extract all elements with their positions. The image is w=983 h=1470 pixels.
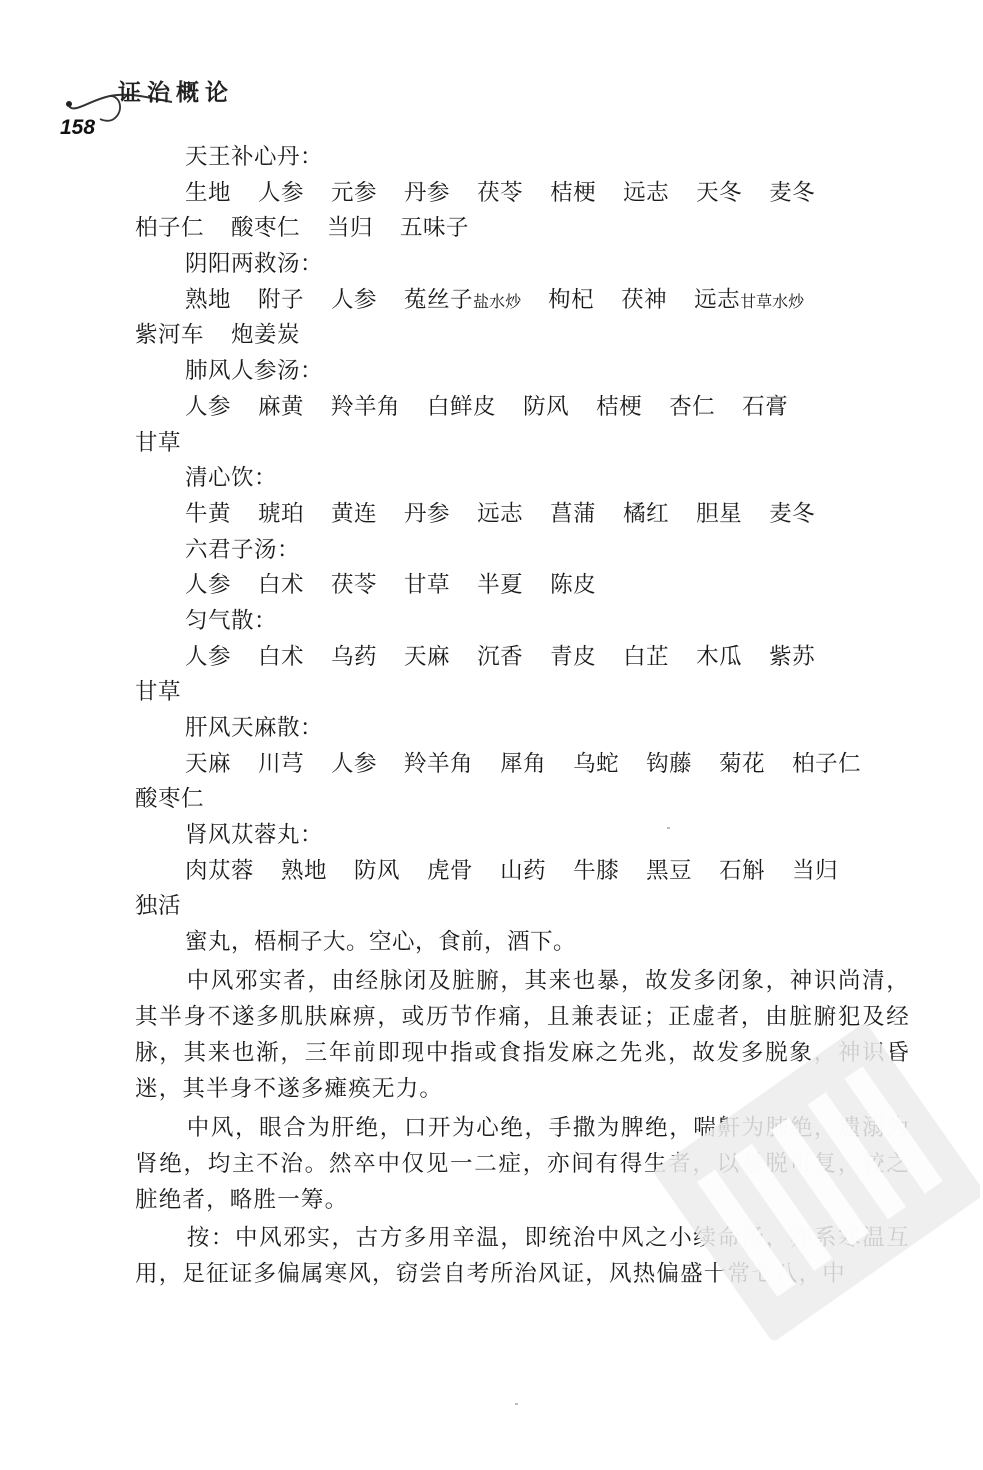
herb: 犀角 [500,751,546,777]
herb: 麻黄 [258,394,304,420]
herb: 茯神 [621,287,667,313]
herb-list: 牛黄琥珀黄连丹参远志菖蒲橘红胆星麦冬 [135,497,910,533]
herb-list: 人参麻黄羚羊角白鲜皮防风桔梗杏仁石膏 [135,390,910,426]
herb: 白术 [258,572,304,598]
herb-with-note: 菟丝子盐水炒 [404,287,521,313]
herb: 牛膝 [573,858,619,884]
herb: 黄连 [331,501,377,527]
herb: 当归 [327,215,373,241]
herb: 人参 [185,572,231,598]
herb-list: 甘草 [135,426,910,462]
formula-title: 阴阳两救汤： [135,247,910,283]
page-header: 证治概论 158 [60,70,360,140]
scan-speck [667,827,670,829]
formula-title: 肝风天麻散： [135,711,910,747]
formula-title: 匀气散： [135,604,910,640]
preparation-note: 甘草水炒 [740,292,804,311]
herb: 人参 [331,287,377,313]
herb: 当归 [792,858,838,884]
herb-list: 紫河车炮姜炭 [135,318,910,354]
herb-with-note: 远志甘草水炒 [694,287,804,313]
herb: 甘草 [135,430,181,456]
herb: 白芷 [623,644,669,670]
herb-list: 独活 [135,889,910,925]
herb: 防风 [354,858,400,884]
herb: 羚羊角 [404,751,473,777]
herb: 菖蒲 [550,501,596,527]
herb: 独活 [135,893,181,919]
herb: 天麻 [404,644,450,670]
herb: 肉苁蓉 [185,858,254,884]
herb: 菊花 [719,751,765,777]
herb: 生地 [185,180,231,206]
herb: 附子 [258,287,304,313]
herb: 胆星 [696,501,742,527]
herb: 川芎 [258,751,304,777]
herb: 琥珀 [258,501,304,527]
herb-list: 生地人参元参丹参茯苓桔梗远志天冬麦冬 [135,176,910,212]
herb: 羚羊角 [331,394,400,420]
herb: 沉香 [477,644,523,670]
herb: 酸枣仁 [231,215,300,241]
herb: 石膏 [742,394,788,420]
herb: 防风 [523,394,569,420]
herb-list: 天麻川芎人参羚羊角犀角乌蛇钩藤菊花柏子仁 [135,747,910,783]
herb: 丹参 [404,180,450,206]
herb: 紫河车 [135,322,204,348]
herb: 杏仁 [669,394,715,420]
formula-title: 肾风苁蓉丸： [135,818,910,854]
formula-title: 天王补心丹： [135,140,910,176]
herb-list: 人参白术茯苓甘草半夏陈皮 [135,568,910,604]
scan-speck [515,1403,518,1405]
herb: 天麻 [185,751,231,777]
herb: 钩藤 [646,751,692,777]
herb-list: 甘草 [135,675,910,711]
running-title: 证治概论 [118,74,234,107]
herb: 牛黄 [185,501,231,527]
herb: 半夏 [477,572,523,598]
herb: 黑豆 [646,858,692,884]
herb-list: 酸枣仁 [135,782,910,818]
herb: 乌药 [331,644,377,670]
herb: 虎骨 [427,858,473,884]
herb: 茯苓 [331,572,377,598]
body-paragraph: 中风邪实者，由经脉闭及脏腑，其来也暴，故发多闭象，神识尚清，其半身不遂多肌肤麻痹… [135,963,910,1108]
herb: 人参 [185,394,231,420]
herb: 桔梗 [550,180,596,206]
herb: 紫苏 [769,644,815,670]
herb: 菟丝子 [404,287,473,313]
herb: 白鲜皮 [427,394,496,420]
formula-title: 六君子汤： [135,533,910,569]
herb: 炮姜炭 [231,322,300,348]
herb: 远志 [623,180,669,206]
herb: 麦冬 [769,501,815,527]
herb: 陈皮 [550,572,596,598]
herb: 茯苓 [477,180,523,206]
herb: 熟地 [185,287,231,313]
herb: 酸枣仁 [135,786,204,812]
herb-list: 人参白术乌药天麻沉香青皮白芷木瓜紫苏 [135,640,910,676]
herb-list: 熟地附子人参菟丝子盐水炒枸杞茯神远志甘草水炒 [135,283,910,319]
herb: 熟地 [281,858,327,884]
herb: 橘红 [623,501,669,527]
herb: 乌蛇 [573,751,619,777]
herb: 甘草 [135,679,181,705]
herb-list: 肉苁蓉熟地防风虎骨山药牛膝黑豆石斛当归 [135,854,910,890]
herb: 远志 [477,501,523,527]
herb: 人参 [185,644,231,670]
page-number: 158 [60,116,95,140]
page-body: 天王补心丹： 生地人参元参丹参茯苓桔梗远志天冬麦冬 柏子仁酸枣仁当归五味子 阴阳… [135,140,910,1293]
body-paragraph: 中风，眼合为肝绝，口开为心绝，手撒为脾绝，喘鼾为肺绝，遗溺为肾绝，均主不治。然卒… [135,1110,910,1219]
herb: 天冬 [696,180,742,206]
herb: 甘草 [404,572,450,598]
herb: 柏子仁 [792,751,861,777]
formula-title: 肺风人参汤： [135,354,910,390]
herb: 五味子 [400,215,469,241]
herb: 桔梗 [596,394,642,420]
herb: 元参 [331,180,377,206]
formula-title: 清心饮： [135,461,910,497]
herb: 远志 [694,287,740,313]
body-paragraph: 按：中风邪实，古方多用辛温，即统治中风之小续命汤，亦系寒温互用，足征证多偏属寒风… [135,1220,910,1292]
herb: 石斛 [719,858,765,884]
herb: 枸杞 [548,287,594,313]
herb: 丹参 [404,501,450,527]
herb: 白术 [258,644,304,670]
herb: 人参 [331,751,377,777]
herb: 柏子仁 [135,215,204,241]
herb-list: 柏子仁酸枣仁当归五味子 [135,211,910,247]
herb: 山药 [500,858,546,884]
herb: 青皮 [550,644,596,670]
herb: 人参 [258,180,304,206]
herb: 木瓜 [696,644,742,670]
herb: 麦冬 [769,180,815,206]
preparation-instructions: 蜜丸，梧桐子大。空心，食前，酒下。 [135,925,910,961]
preparation-note: 盐水炒 [473,292,521,311]
